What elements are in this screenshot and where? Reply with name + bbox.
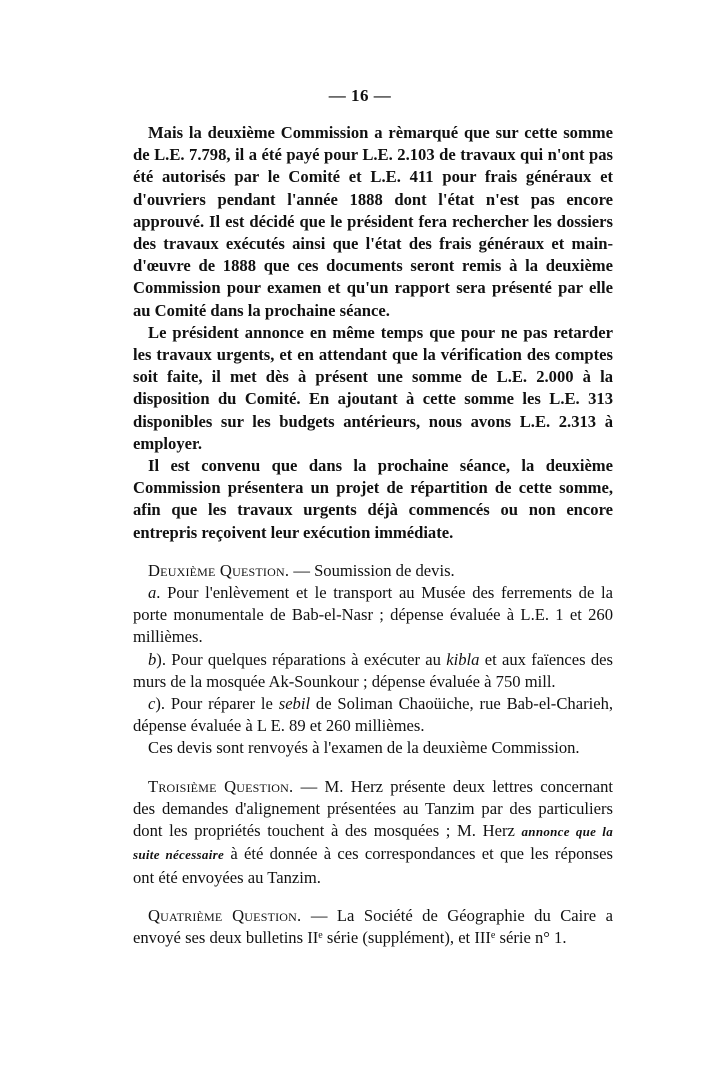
italic-term: kibla xyxy=(446,650,479,669)
item-b: b). Pour quelques réparations à exécuter… xyxy=(133,649,613,693)
item-text: . Pour l'enlèvement et le transport au M… xyxy=(133,583,613,646)
item-a: a. Pour l'enlèvement et le transport au … xyxy=(133,582,613,649)
section-heading: Deuxième Question. xyxy=(148,561,289,580)
paragraph-agreement: Il est convenu que dans la prochaine séa… xyxy=(133,455,613,544)
paragraph-commission-remark: Mais la deuxième Commission a rèmarqué q… xyxy=(133,122,613,322)
section-text: série (supplément), et III xyxy=(323,928,491,947)
section-heading: Quatrième Question. xyxy=(148,906,301,925)
paragraph-president-announcement: Le président annonce en même temps que p… xyxy=(133,322,613,455)
item-c: c). Pour réparer le sebil de Soliman Cha… xyxy=(133,693,613,737)
paragraph-devis-referral: Ces devis sont renvoyés à l'examen de la… xyxy=(133,737,613,759)
section-third-question: Troisième Question. — M. Herz présente d… xyxy=(133,776,613,889)
page-number: — 16 — xyxy=(0,86,720,106)
section-text: — Soumission de devis. xyxy=(289,561,454,580)
section-fourth-question: Quatrième Question. — La Société de Géog… xyxy=(133,905,613,949)
section-second-question: Deuxième Question. — Soumission de devis… xyxy=(133,560,613,582)
page-body: Mais la deuxième Commission a rèmarqué q… xyxy=(133,122,613,949)
italic-term: sebil xyxy=(279,694,310,713)
item-text: ). Pour quelques réparations à exécuter … xyxy=(156,650,446,669)
item-text: ). Pour réparer le xyxy=(155,694,278,713)
section-heading: Troisième Question. xyxy=(148,777,293,796)
section-text: série n° 1. xyxy=(495,928,566,947)
